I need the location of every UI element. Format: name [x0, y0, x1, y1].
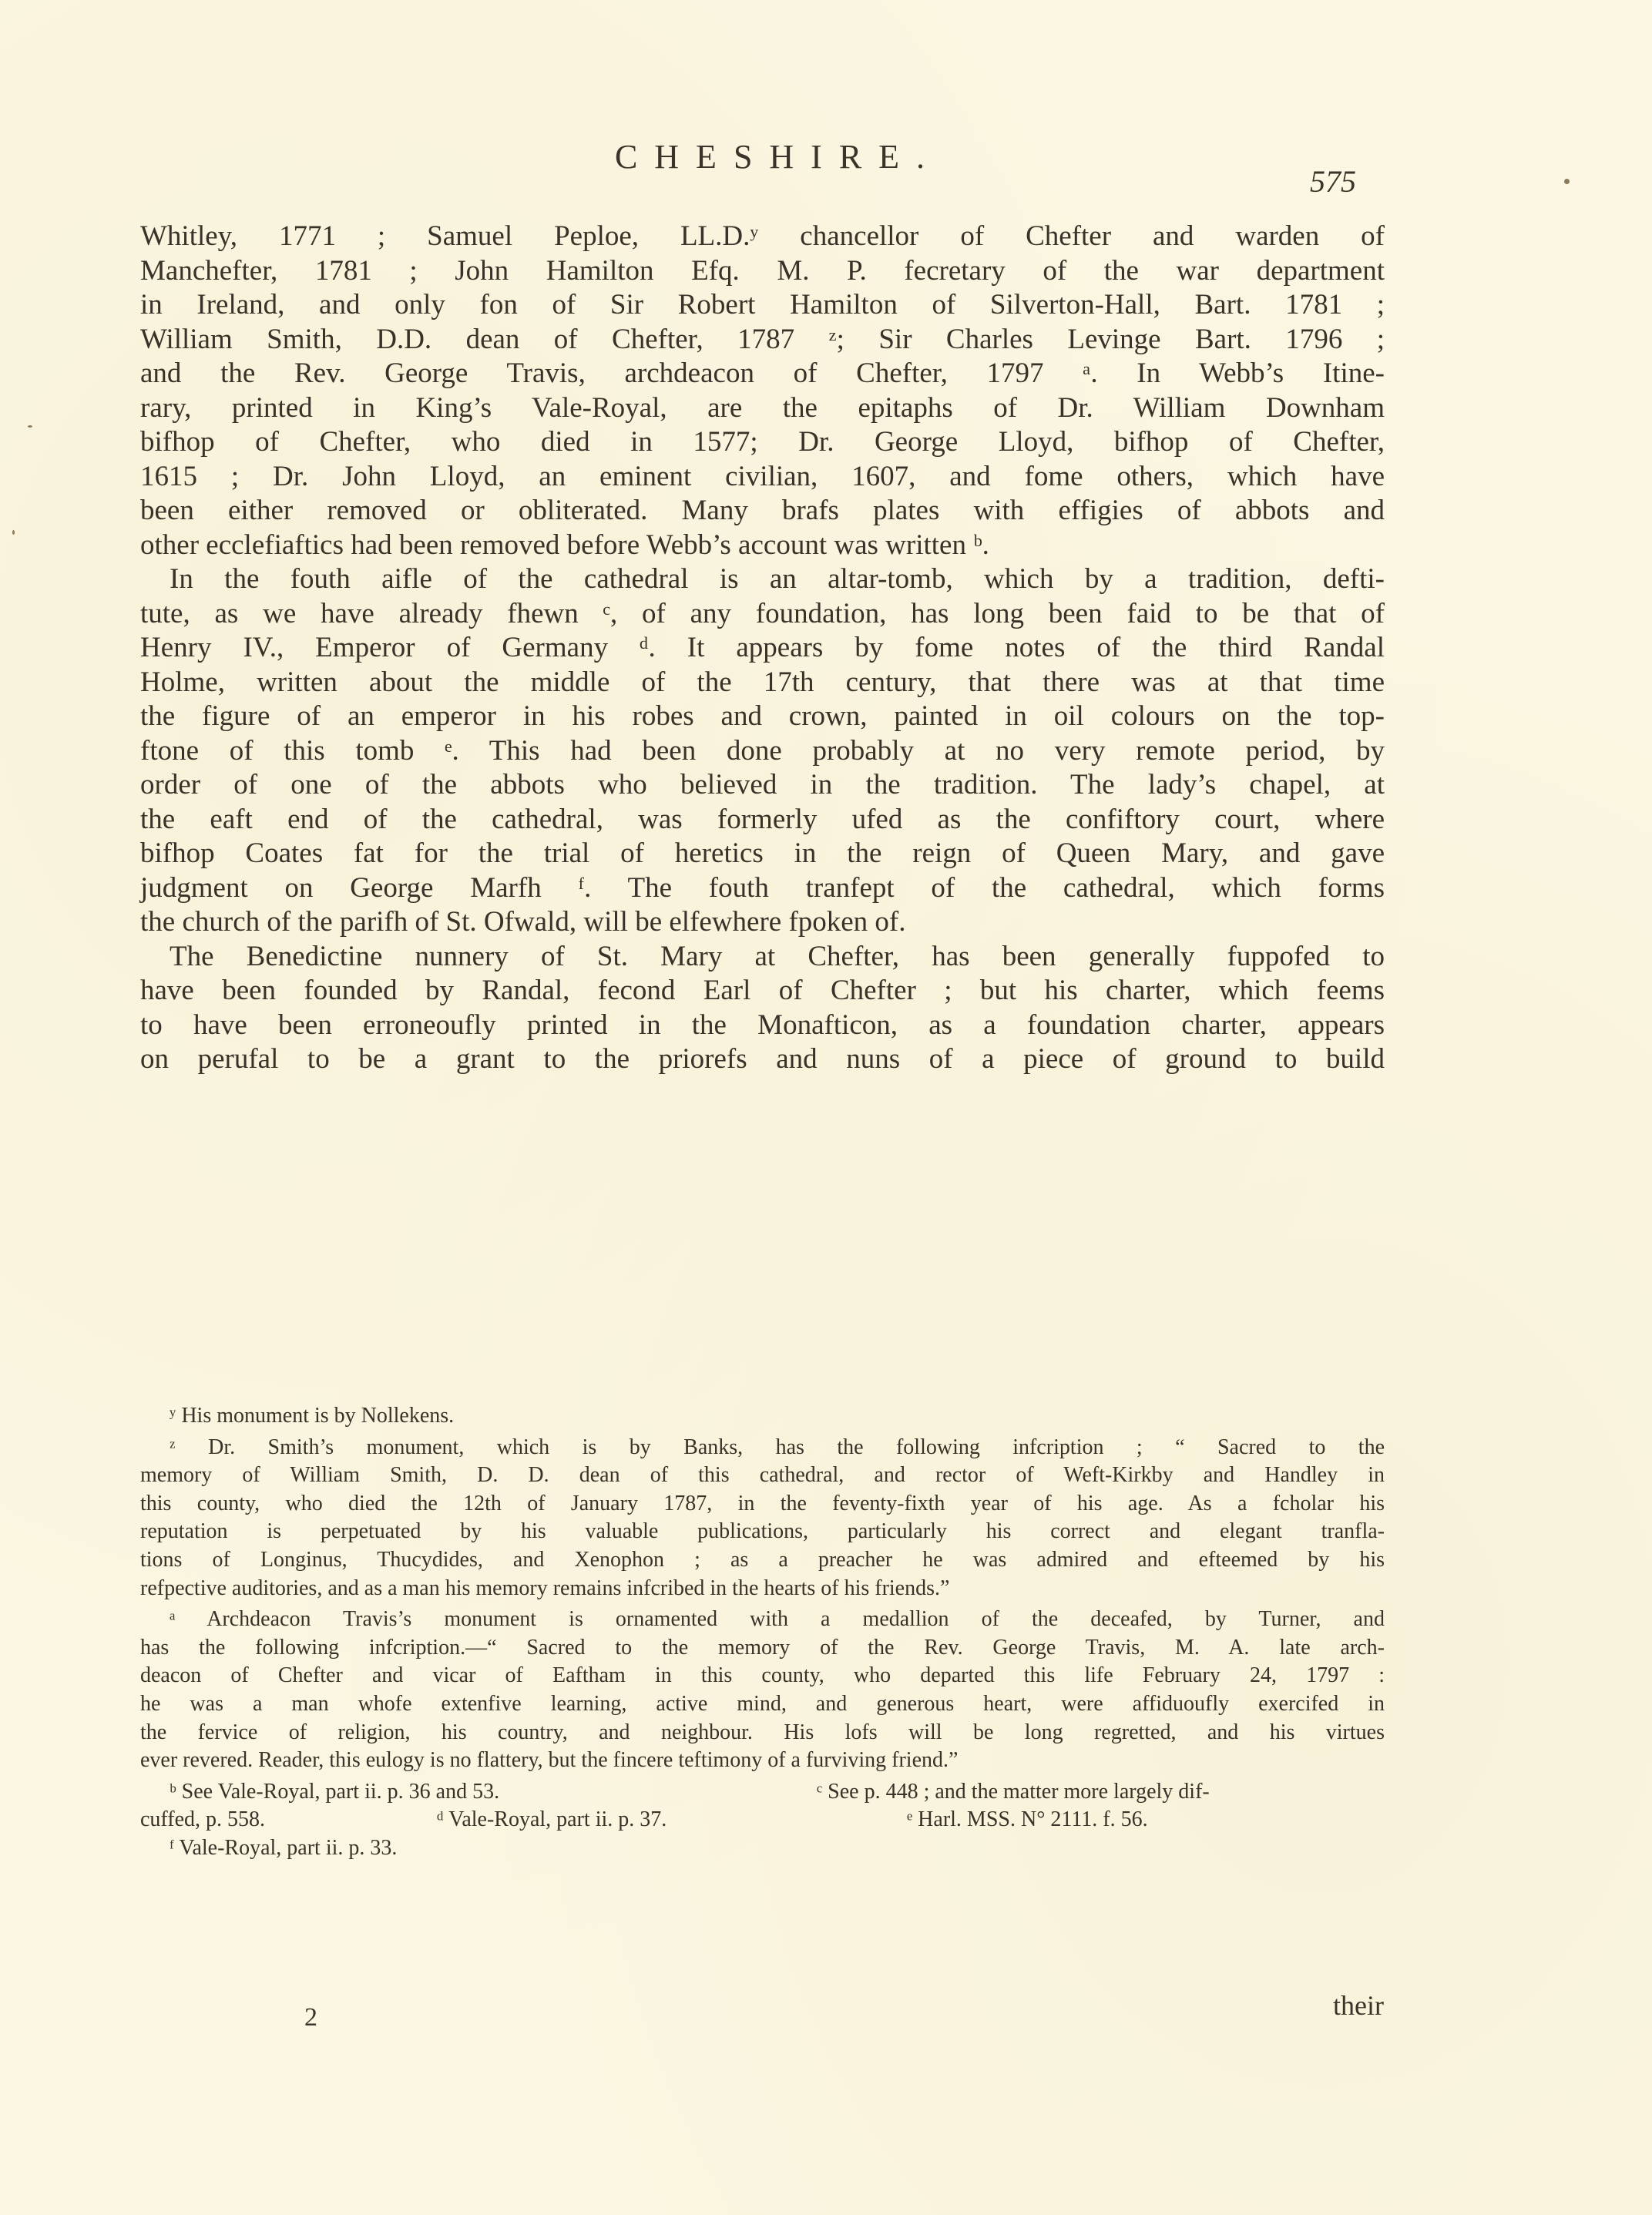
body-line: in Ireland, and only fon of Sir Robert H…	[140, 288, 1385, 323]
body-line: Holme, written about the middle of the 1…	[140, 666, 1385, 700]
paper-speck	[12, 530, 15, 535]
body-line: the eaft end of the cathedral, was forme…	[140, 803, 1385, 837]
body-line: bifhop Coates fat for the trial of heret…	[140, 837, 1385, 871]
footnote-f: ᶠ Vale-Royal, part ii. p. 33.	[170, 1834, 397, 1863]
paper-speck	[28, 425, 32, 428]
footnote-c-continued: cuffed, p. 558.	[140, 1806, 437, 1834]
footnote-a: ᵃ Archdeacon Travis’s monument is orname…	[140, 1606, 1385, 1634]
footnote-line: deacon of Chefter and vicar of Eaftham i…	[140, 1662, 1385, 1690]
signature-mark: 2	[304, 2003, 317, 2032]
body-line: to have been erroneoufly printed in the …	[140, 1008, 1385, 1043]
body-line: order of one of the abbots who believed …	[140, 768, 1385, 803]
footnote-z: ᶻ Dr. Smith’s monument, which is by Bank…	[140, 1434, 1385, 1462]
footnote-line: has the following infcription.—“ Sacred …	[140, 1634, 1385, 1663]
page-number: 575	[1310, 163, 1356, 200]
body-line: been either removed or obliterated. Many…	[140, 494, 1385, 529]
footnote-line: ever revered. Reader, this eulogy is no …	[140, 1747, 1385, 1775]
footnote-y: ʸ His monument is by Nollekens.	[140, 1402, 1385, 1431]
paragraph-start-line: In the fouth aifle of the cathedral is a…	[140, 562, 1385, 597]
footnote-line: he was a man whofe extenfive learning, a…	[140, 1690, 1385, 1719]
paragraph-start-line: The Benedictine nunnery of St. Mary at C…	[140, 940, 1385, 975]
running-head: CHESHIRE.	[586, 137, 971, 176]
body-line: 1615 ; Dr. John Lloyd, an eminent civili…	[140, 460, 1385, 495]
body-line: Whitley, 1771 ; Samuel Peploe, LL.D.ʸ ch…	[140, 220, 1385, 254]
footnote-line: refpective auditories, and as a man his …	[140, 1575, 1385, 1603]
body-line: bifhop of Chefter, who died in 1577; Dr.…	[140, 425, 1385, 460]
footnote-d: ᵈ Vale-Royal, part ii. p. 37.	[437, 1806, 907, 1834]
footnote-b: ᵇ See Vale-Royal, part ii. p. 36 and 53.	[170, 1778, 817, 1807]
footnote-e: ᵉ Harl. MSS. N° 2111. f. 56.	[907, 1806, 1148, 1834]
footnote-line: the fervice of religion, his country, an…	[140, 1719, 1385, 1747]
footnote-line: memory of William Smith, D. D. dean of t…	[140, 1462, 1385, 1490]
body-line: Manchefter, 1781 ; John Hamilton Efq. M.…	[140, 254, 1385, 289]
body-line: William Smith, D.D. dean of Chefter, 178…	[140, 323, 1385, 357]
body-line: and the Rev. George Travis, archdeacon o…	[140, 357, 1385, 391]
body-line: other ecclefiaftics had been removed bef…	[140, 529, 1385, 563]
footnote-line: this county, who died the 12th of Januar…	[140, 1490, 1385, 1519]
footnotes: ʸ His monument is by Nollekens. ᶻ Dr. Sm…	[140, 1402, 1385, 1863]
catchword: their	[1333, 1989, 1384, 2022]
footnote-line: reputation is perpetuated by his valuabl…	[140, 1518, 1385, 1546]
book-page: CHESHIRE. 575 Whitley, 1771 ; Samuel Pep…	[0, 0, 1652, 2215]
footnote-row-f: ᶠ Vale-Royal, part ii. p. 33.	[140, 1834, 1385, 1863]
body-line: the church of the parifh of St. Ofwald, …	[140, 905, 1385, 940]
body-line: judgment on George Marfh ᶠ. The fouth tr…	[140, 871, 1385, 906]
body-line: tute, as we have already fhewn ᶜ, of any…	[140, 597, 1385, 632]
footnote-row-b-c: ᵇ See Vale-Royal, part ii. p. 36 and 53.…	[140, 1778, 1385, 1807]
body-line: have been founded by Randal, fecond Earl…	[140, 974, 1385, 1008]
footnote-line: tions of Longinus, Thucydides, and Xenop…	[140, 1546, 1385, 1575]
body-line: the figure of an emperor in his robes an…	[140, 700, 1385, 734]
body-line: rary, printed in King’s Vale-Royal, are …	[140, 391, 1385, 426]
footnote-c: ᶜ See p. 448 ; and the matter more large…	[817, 1778, 1210, 1807]
paper-speck	[1564, 179, 1570, 184]
footnote-row-c-d-e: cuffed, p. 558. ᵈ Vale-Royal, part ii. p…	[140, 1806, 1385, 1834]
body-line: Henry IV., Emperor of Germany ᵈ. It appe…	[140, 631, 1385, 666]
body-text: Whitley, 1771 ; Samuel Peploe, LL.D.ʸ ch…	[140, 220, 1385, 1077]
body-line: ftone of this tomb ᵉ. This had been done…	[140, 734, 1385, 769]
body-line: on perufal to be a grant to the priorefs…	[140, 1042, 1385, 1077]
